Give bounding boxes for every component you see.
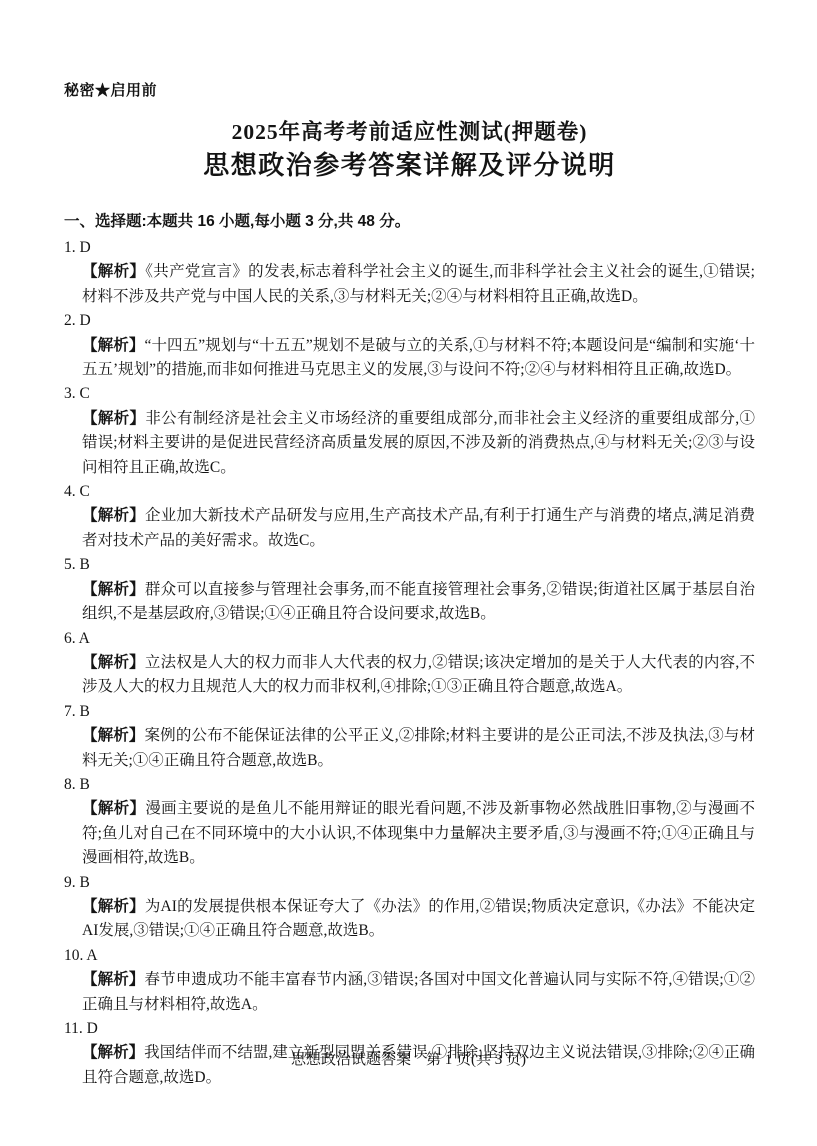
analysis-paragraph: 【解析】漫画主要说的是鱼儿不能用辩证的眼光看问题,不涉及新事物必然战胜旧事物,②… [82, 797, 755, 870]
analysis-paragraph: 【解析】“十四五”规划与“十五五”规划不是破与立的关系,①与材料不符;本题设问是… [82, 334, 755, 383]
answer-label: 9. B [64, 871, 755, 895]
analysis-label: 【解析】 [82, 263, 145, 280]
analysis-text: 案例的公布不能保证法律的公平正义,②排除;材料主要讲的是公正司法,不涉及执法,③… [82, 727, 755, 768]
document-title: 2025年高考考前适应性测试(押题卷) [64, 119, 755, 146]
analysis-text: 春节申遗成功不能丰富春节内涵,③错误;各国对中国文化普遍认同与实际不符,④错误;… [82, 971, 755, 1012]
answer-label: 2. D [64, 309, 755, 333]
document-subtitle: 思想政治参考答案详解及评分说明 [64, 149, 755, 182]
footer-doc-name: 思想政治试题答案 [291, 1052, 411, 1068]
document-content: 秘密★启用前 2025年高考考前适应性测试(押题卷) 思想政治参考答案详解及评分… [0, 82, 817, 1090]
document-page: 秘密★启用前 2025年高考考前适应性测试(押题卷) 思想政治参考答案详解及评分… [0, 0, 817, 1146]
analysis-label: 【解析】 [82, 410, 145, 427]
answer-label: 6. A [64, 627, 755, 651]
classification-label: 秘密★启用前 [64, 82, 755, 100]
answer-item: 8. B 【解析】漫画主要说的是鱼儿不能用辩证的眼光看问题,不涉及新事物必然战胜… [64, 773, 755, 871]
answer-item: 2. D 【解析】“十四五”规划与“十五五”规划不是破与立的关系,①与材料不符;… [64, 309, 755, 382]
answer-label: 8. B [64, 773, 755, 797]
answer-item: 3. C 【解析】非公有制经济是社会主义市场经济的重要组成部分,而非社会主义经济… [64, 382, 755, 480]
analysis-paragraph: 【解析】为AI的发展提供根本保证夸大了《办法》的作用,②错误;物质决定意识,《办… [82, 895, 755, 944]
answer-item: 1. D 【解析】《共产党宣言》的发表,标志着科学社会主义的诞生,而非科学社会主… [64, 236, 755, 309]
section-heading: 一、选择题:本题共 16 小题,每小题 3 分,共 48 分。 [64, 211, 755, 233]
answer-label: 7. B [64, 700, 755, 724]
analysis-text: 企业加大新技术产品研发与应用,生产高技术产品,有利于打通生产与消费的堵点,满足消… [82, 507, 755, 548]
analysis-text: 为AI的发展提供根本保证夸大了《办法》的作用,②错误;物质决定意识,《办法》不能… [82, 898, 755, 939]
analysis-text: 立法权是人大的权力而非人大代表的权力,②错误;该决定增加的是关于人大代表的内容,… [82, 654, 755, 695]
answer-label: 5. B [64, 553, 755, 577]
analysis-label: 【解析】 [82, 507, 145, 524]
analysis-text: “十四五”规划与“十五五”规划不是破与立的关系,①与材料不符;本题设问是“编制和… [82, 337, 755, 378]
answer-item: 4. C 【解析】企业加大新技术产品研发与应用,生产高技术产品,有利于打通生产与… [64, 480, 755, 553]
answer-label: 11. D [64, 1017, 755, 1041]
answer-item: 5. B 【解析】群众可以直接参与管理社会事务,而不能直接管理社会事务,②错误;… [64, 553, 755, 626]
analysis-paragraph: 【解析】非公有制经济是社会主义市场经济的重要组成部分,而非社会主义经济的重要组成… [82, 407, 755, 480]
analysis-paragraph: 【解析】企业加大新技术产品研发与应用,生产高技术产品,有利于打通生产与消费的堵点… [82, 504, 755, 553]
answer-label: 10. A [64, 944, 755, 968]
page-footer: 思想政治试题答案第 1 页(共 3 页) [0, 1050, 817, 1070]
answer-label: 1. D [64, 236, 755, 260]
analysis-paragraph: 【解析】立法权是人大的权力而非人大代表的权力,②错误;该决定增加的是关于人大代表… [82, 651, 755, 700]
analysis-text: 漫画主要说的是鱼儿不能用辩证的眼光看问题,不涉及新事物必然战胜旧事物,②与漫画不… [82, 800, 755, 866]
analysis-label: 【解析】 [82, 581, 145, 598]
footer-page-number: 第 1 页(共 3 页) [426, 1052, 526, 1068]
analysis-text: 《共产党宣言》的发表,标志着科学社会主义的诞生,而非科学社会主义社会的诞生,①错… [82, 263, 755, 304]
analysis-label: 【解析】 [82, 654, 145, 671]
analysis-paragraph: 【解析】群众可以直接参与管理社会事务,而不能直接管理社会事务,②错误;街道社区属… [82, 578, 755, 627]
answer-list: 1. D 【解析】《共产党宣言》的发表,标志着科学社会主义的诞生,而非科学社会主… [64, 236, 755, 1090]
analysis-label: 【解析】 [82, 727, 145, 744]
analysis-label: 【解析】 [82, 800, 145, 817]
analysis-label: 【解析】 [82, 898, 145, 915]
analysis-label: 【解析】 [82, 971, 145, 988]
answer-item: 10. A 【解析】春节申遗成功不能丰富春节内涵,③错误;各国对中国文化普遍认同… [64, 944, 755, 1017]
analysis-paragraph: 【解析】春节申遗成功不能丰富春节内涵,③错误;各国对中国文化普遍认同与实际不符,… [82, 968, 755, 1017]
answer-item: 7. B 【解析】案例的公布不能保证法律的公平正义,②排除;材料主要讲的是公正司… [64, 700, 755, 773]
answer-item: 9. B 【解析】为AI的发展提供根本保证夸大了《办法》的作用,②错误;物质决定… [64, 871, 755, 944]
answer-item: 6. A 【解析】立法权是人大的权力而非人大代表的权力,②错误;该决定增加的是关… [64, 627, 755, 700]
analysis-label: 【解析】 [82, 337, 144, 354]
analysis-text: 非公有制经济是社会主义市场经济的重要组成部分,而非社会主义经济的重要组成部分,①… [82, 410, 755, 476]
analysis-text: 群众可以直接参与管理社会事务,而不能直接管理社会事务,②错误;街道社区属于基层自… [82, 581, 755, 622]
answer-label: 4. C [64, 480, 755, 504]
analysis-paragraph: 【解析】案例的公布不能保证法律的公平正义,②排除;材料主要讲的是公正司法,不涉及… [82, 724, 755, 773]
answer-label: 3. C [64, 382, 755, 406]
analysis-paragraph: 【解析】《共产党宣言》的发表,标志着科学社会主义的诞生,而非科学社会主义社会的诞… [82, 260, 755, 309]
